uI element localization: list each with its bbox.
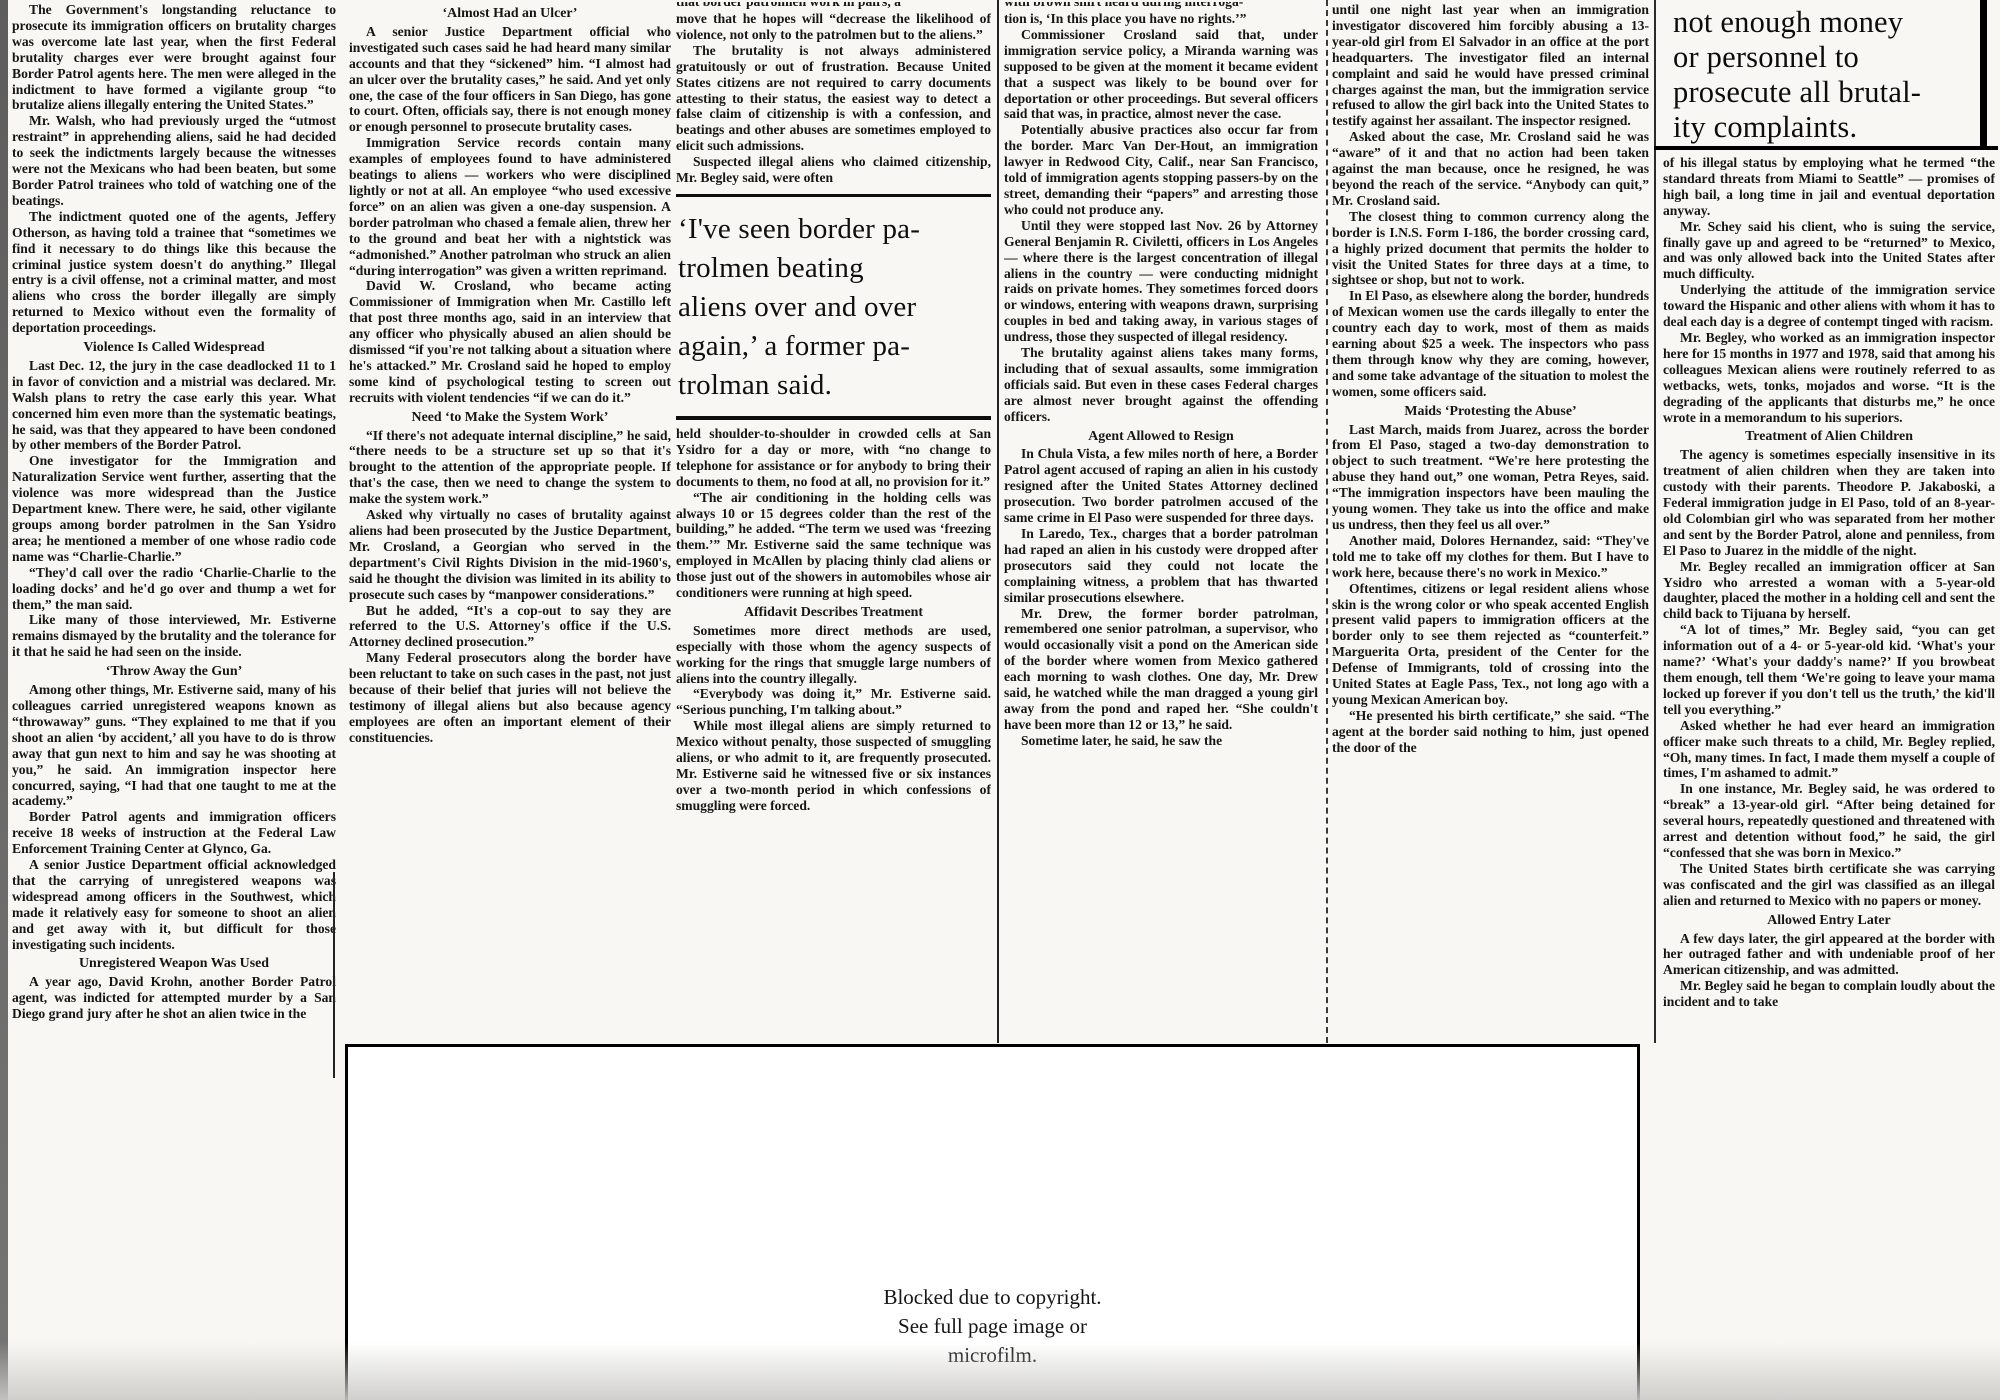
subheading: Violence Is Called Widespread [12,340,336,356]
subheading: ‘Throw Away the Gun’ [12,664,336,680]
paragraph: A senior Justice Department official who… [349,24,671,135]
paragraph: Mr. Drew, the former border patrolman, r… [1004,606,1318,733]
clipped-text: that border patrolmen work in pairs, a [676,2,991,10]
big-quote: not enough moneyor personnel toprosecute… [1663,2,1995,155]
blocked-line: microfilm. [348,1341,1637,1370]
copyright-blocked-message: Blocked due to copyright. See full page … [348,1283,1637,1370]
paragraph: Like many of those interviewed, Mr. Esti… [12,612,336,660]
paragraph: Suspected illegal aliens who claimed cit… [676,154,991,186]
subheading: Need ‘to Make the System Work’ [349,410,671,426]
paragraph: Mr. Begley recalled an immigration offic… [1663,559,1995,623]
paragraph: “The air conditioning in the holding cel… [676,490,991,601]
paragraph: In Laredo, Tex., charges that a border p… [1004,526,1318,606]
paragraph: tion is, ‘In this place you have no righ… [1004,11,1318,27]
paragraph: “They'd call over the radio ‘Charlie-Cha… [12,565,336,613]
paragraph: Another maid, Dolores Hernandez, said: “… [1332,533,1649,581]
paragraph: David W. Crosland, who became acting Com… [349,278,671,405]
column-divider-1-2 [333,872,335,1078]
paragraph: Border Patrol agents and immigration off… [12,809,336,857]
paragraph: Asked why virtually no cases of brutalit… [349,507,671,602]
pull-quote-text: ‘I've seen border pa-trolmen beatingalie… [676,197,991,416]
pull-quote-line: again,’ a former pa- [678,327,991,366]
paragraph: But he added, “It's a cop-out to say the… [349,603,671,651]
column-divider-5-6 [1654,0,1656,1043]
paragraph: Immigration Service records contain many… [349,135,671,278]
pull-quote-bottom-rule [676,416,991,420]
paragraph: Until they were stopped last Nov. 26 by … [1004,218,1318,345]
paragraph: Mr. Begley, who worked as an immigration… [1663,330,1995,425]
paragraph: Last Dec. 12, the jury in the case deadl… [12,358,336,453]
subheading: Agent Allowed to Resign [1004,429,1318,445]
paragraph: In one instance, Mr. Begley said, he was… [1663,781,1995,861]
paragraph: Mr. Walsh, who had previously urged the … [12,113,336,208]
paragraph: “Everybody was doing it,” Mr. Estiverne … [676,686,991,718]
paragraph: In El Paso, as elsewhere along the borde… [1332,288,1649,399]
paragraph: Commissioner Crosland said that, under i… [1004,27,1318,122]
paragraph: One investigator for the Immigration and… [12,453,336,564]
subheading: Treatment of Alien Children [1663,429,1995,445]
newspaper-page-scan: { "blocked": { "lines": ["Blocked due to… [0,0,2000,1400]
subheading: Maids ‘Protesting the Abuse’ [1332,404,1649,420]
paragraph: held shoulder-to-shoulder in crowded cel… [676,426,991,490]
paragraph: The agency is sometimes especially insen… [1663,447,1995,558]
subheading: Affidavit Describes Treatment [676,605,991,621]
article-column-c2: ‘Almost Had an Ulcer’A senior Justice De… [349,2,671,1044]
paragraph: While most illegal aliens are simply ret… [676,718,991,813]
paragraph: In Chula Vista, a few miles north of her… [1004,446,1318,526]
paragraph: The brutality is not always administered… [676,43,991,154]
paragraph: “A lot of times,” Mr. Begley said, “you … [1663,622,1995,717]
article-column-c4: with brown shirt heard during interroga-… [1004,2,1318,1042]
subheading: Allowed Entry Later [1663,913,1995,929]
subheading: ‘Almost Had an Ulcer’ [349,6,671,22]
paragraph: “If there's not adequate internal discip… [349,428,671,508]
paragraph: Sometime later, he said, he saw the [1004,733,1318,749]
paragraph: The brutality against aliens takes many … [1004,345,1318,425]
paragraph: of his illegal status by employing what … [1663,155,1995,219]
paragraph: Sometimes more direct methods are used, … [676,623,991,687]
paragraph: Many Federal prosecutors along the borde… [349,650,671,745]
paragraph: The United States birth certificate she … [1663,861,1995,909]
paragraph: The closest thing to common currency alo… [1332,209,1649,289]
big-quote-line: prosecute all brutal- [1673,75,1995,110]
pull-quote-line: trolman said. [678,366,991,405]
pull-quote-line: ‘I've seen border pa- [678,210,991,249]
paragraph: Oftentimes, citizens or legal resident a… [1332,581,1649,708]
paragraph: Mr. Begley said he began to complain lou… [1663,978,1995,1010]
article-column-c3: that border patrolmen work in pairs, amo… [676,2,991,1042]
big-quote-line: ity complaints. [1673,110,1995,145]
blocked-line: Blocked due to copyright. [348,1283,1637,1312]
paragraph: Among other things, Mr. Estiverne said, … [12,682,336,809]
big-quote-line: not enough money [1673,5,1995,40]
scan-gutter-edge [0,0,8,1400]
big-quote-right-bar [1980,0,1987,148]
pull-quote-line: aliens over and over [678,288,991,327]
clipped-text: with brown shirt heard during interroga- [1004,2,1318,10]
article-column-c1: The Government's longstanding reluctance… [12,2,336,1398]
copyright-blocked-box: Blocked due to copyright. See full page … [345,1044,1640,1400]
clipped-top-line: that border patrolmen work in pairs, a [676,2,991,10]
clipped-top-line: with brown shirt heard during interroga- [1004,2,1318,10]
blocked-line: See full page image or [348,1312,1637,1341]
paragraph: Potentially abusive practices also occur… [1004,122,1318,217]
paragraph: Last March, maids from Juarez, across th… [1332,422,1649,533]
article-column-c6: not enough moneyor personnel toprosecute… [1663,2,1995,1398]
paragraph: A senior Justice Department official ack… [12,857,336,952]
paragraph: A few days later, the girl appeared at t… [1663,931,1995,979]
paragraph: until one night last year when an immigr… [1332,2,1649,129]
big-quote-bottom-rule [1654,146,1998,150]
paragraph: Underlying the attitude of the immigrati… [1663,282,1995,330]
column-divider-3-4 [997,0,999,1043]
article-column-c5: until one night last year when an immigr… [1332,2,1649,1042]
column-divider-4-5 [1326,0,1328,1043]
pull-quote-line: trolmen beating [678,249,991,288]
pull-quote: ‘I've seen border pa-trolmen beatingalie… [676,194,991,420]
paragraph: Asked about the case, Mr. Crosland said … [1332,129,1649,209]
paragraph: “He presented his birth certificate,” sh… [1332,708,1649,756]
paragraph: move that he hopes will “decrease the li… [676,11,991,43]
paragraph: Asked whether he had ever heard an immig… [1663,718,1995,782]
paragraph: Mr. Schey said his client, who is suing … [1663,219,1995,283]
paragraph: The Government's longstanding reluctance… [12,2,336,113]
paragraph: A year ago, David Krohn, another Border … [12,974,336,1022]
big-quote-line: or personnel to [1673,40,1995,75]
subheading: Unregistered Weapon Was Used [12,956,336,972]
paragraph: The indictment quoted one of the agents,… [12,209,336,336]
